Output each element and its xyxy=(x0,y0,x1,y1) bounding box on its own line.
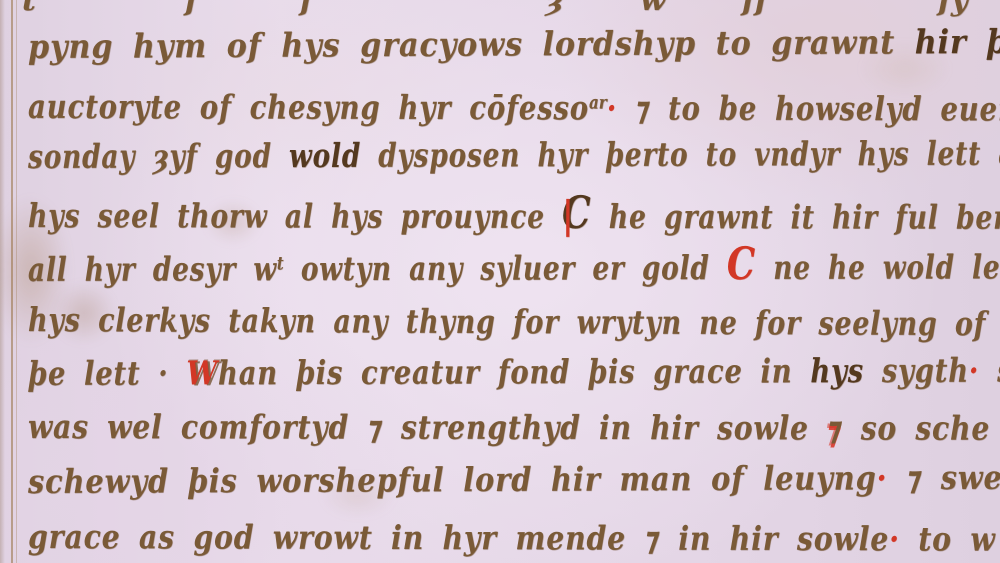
script-text: sonday ȝyf god xyxy=(28,136,289,176)
rubric-mark: | xyxy=(562,192,574,237)
script-text: ar xyxy=(589,92,607,113)
script-text: ne he wold lettyn xyxy=(756,247,1000,287)
script-text: grace as god wrowt in hyr mende ⁊ in hir… xyxy=(28,517,889,558)
manuscript-line: was wel comfortyd ⁊ strengthyd in hir so… xyxy=(28,405,990,451)
manuscript-line: grace as god wrowt in hyr mende ⁊ in hir… xyxy=(28,515,996,562)
manuscript-line: hys clerkys takyn any thyng for wrytyn n… xyxy=(28,298,986,346)
script-text: to w xyxy=(900,519,996,558)
script-text: þe lett · xyxy=(28,353,187,393)
script-text: he grawnt it hir ful ben xyxy=(591,197,1000,237)
manuscript-page: tſſȝwſſſy pyng hym of hys gracyows lords… xyxy=(0,0,1000,563)
manuscript-lines: pyng hym of hys gracyows lordshyp to gra… xyxy=(0,0,1000,563)
script-text: han þis creatur fond þis grace in xyxy=(218,351,810,392)
manuscript-line: schewyd þis worshepful lord hir man of l… xyxy=(28,456,1000,504)
rubric-mark: · xyxy=(889,519,900,558)
script-text: all hyr desyr w xyxy=(28,249,277,289)
script-text: hir þ xyxy=(915,22,1000,61)
rubric-mark: W xyxy=(186,353,218,392)
manuscript-line: pyng hym of hys gracyows lordshyp to gra… xyxy=(28,20,1000,69)
script-text: was wel comfortyd ⁊ strengthyd in hir so… xyxy=(28,407,827,447)
manuscript-line: auctoryte of chesyng hyr cōfessoar· ⁊ to… xyxy=(28,80,1000,131)
rubric-mark: · xyxy=(876,458,887,497)
script-text: owtyn any syluer er gold xyxy=(284,248,727,288)
rubric-mark: · xyxy=(969,351,980,390)
script-text: dysposen hyr þerto to vndyr hys lett and xyxy=(361,133,1000,174)
script-text: hys clerkys takyn any thyng for wrytyn n… xyxy=(28,300,986,343)
manuscript-line: all hyr desyr wt owtyn any syluer er gol… xyxy=(28,240,1000,292)
script-text: s xyxy=(979,351,1000,390)
manuscript-line: þe lett · Whan þis creatur fond þis grac… xyxy=(28,349,1000,396)
script-text: so sche xyxy=(842,408,990,447)
rubric-mark: · xyxy=(607,88,618,127)
script-text: pyng hym of hys gracyows lordshyp to gra… xyxy=(28,22,915,66)
script-text: ⁊ to be howselyd euer xyxy=(617,88,1000,128)
script-text: sygth xyxy=(864,351,969,390)
manuscript-line: sonday ȝyf god wold dysposen hyr þerto t… xyxy=(28,131,1000,179)
script-text: ⁊ swe xyxy=(887,458,1000,498)
script-text: hys xyxy=(810,351,864,390)
script-text: auctoryte of chesyng hyr cōfesso xyxy=(28,87,589,127)
manuscript-line: hys seel thorw al hys prouynce |C he gra… xyxy=(28,190,1000,240)
rubric-mark: C xyxy=(727,237,756,290)
script-text: schewyd þis worshepful lord hir man of l… xyxy=(28,458,877,501)
script-text: wold xyxy=(289,136,361,175)
rubric-mark: ⁊ xyxy=(827,408,842,447)
script-text: hys seel thorw al hys prouynce xyxy=(28,196,562,236)
